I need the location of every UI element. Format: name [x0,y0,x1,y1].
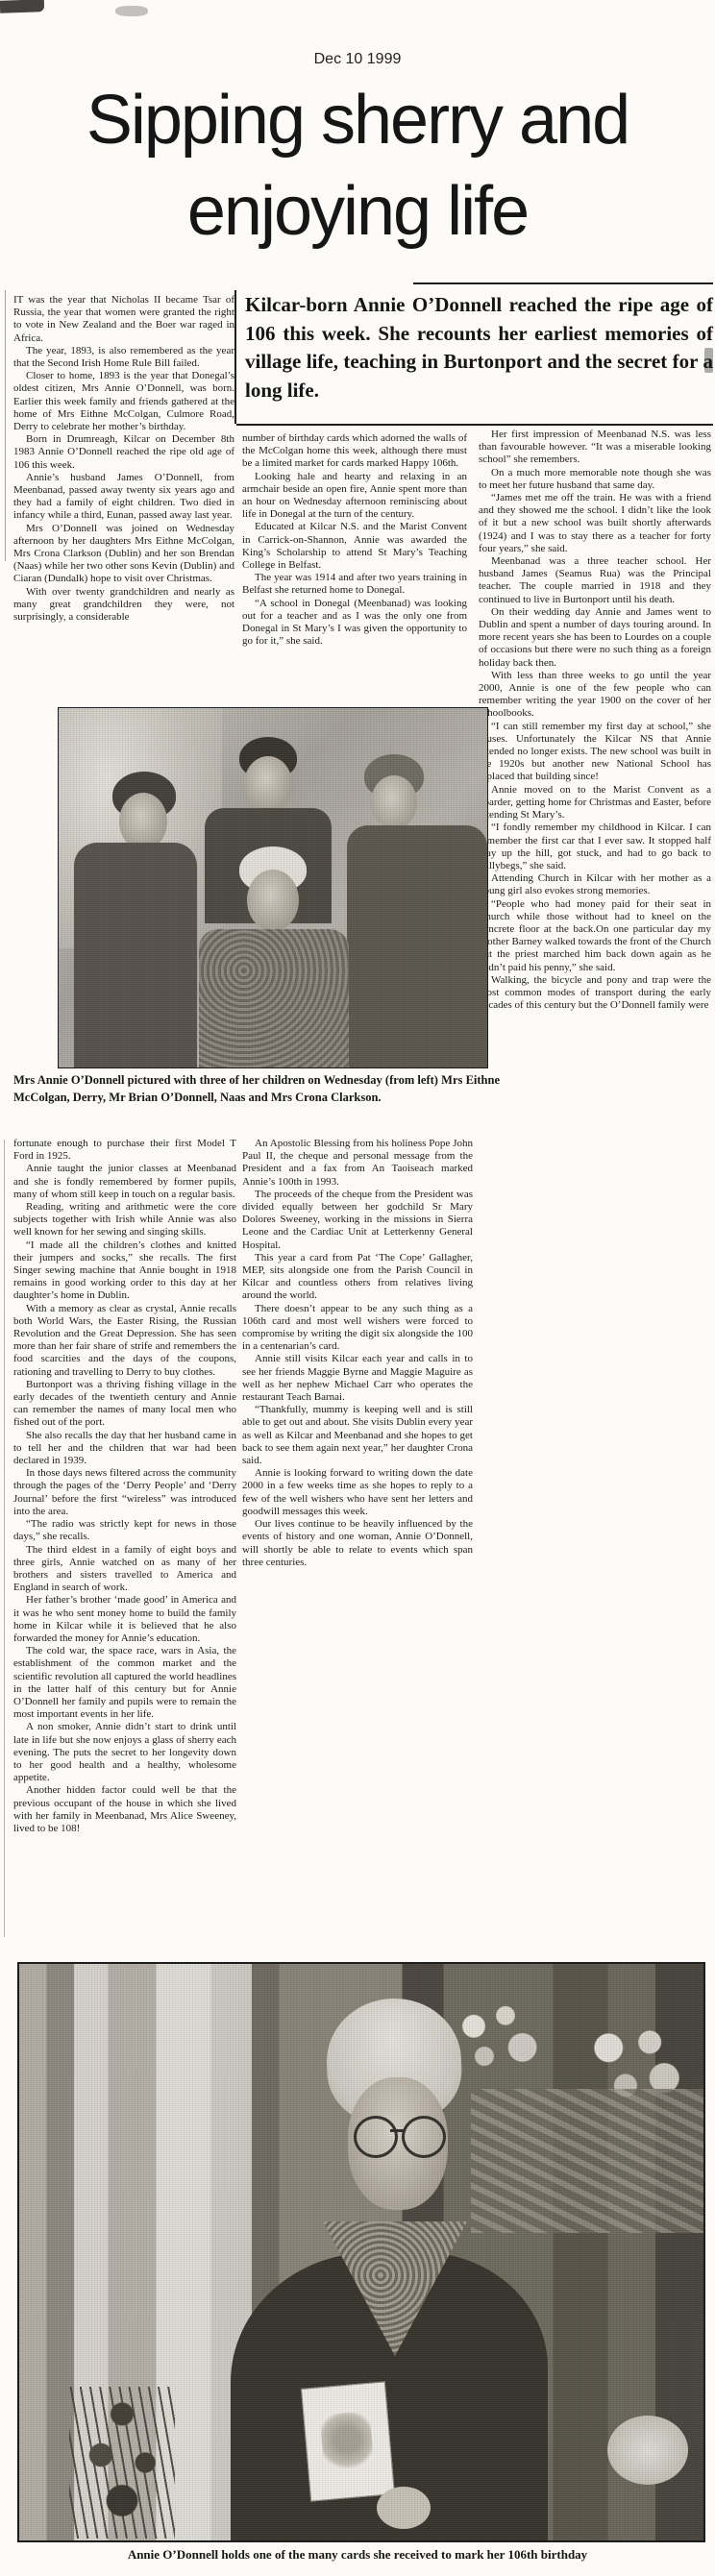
standfirst-bottom-rule [236,424,713,426]
photo-card-illustration [319,2411,374,2474]
article-paragraph: IT was the year that Nicholas II became … [13,294,234,345]
column-divider [234,290,236,424]
scan-smudge [0,0,44,13]
article-paragraph: Attending Church in Kilcar with her moth… [479,872,711,897]
photo-birthday-card [301,2381,395,2501]
article-paragraph: Annie moved on to the Marist Convent as … [479,784,711,822]
photo-figure-face [244,756,292,812]
standfirst: Kilcar-born Annie O’Donnell reached the … [245,291,713,405]
article-paragraph: Educated at Kilcar N.S. and the Marist C… [242,521,467,572]
right-column: Her first impression of Meenbanad N.S. w… [479,429,711,1012]
photo-greenhouse-roof [471,2089,703,2233]
article-paragraph: With over twenty grandchildren and nearl… [13,586,234,625]
article-paragraph: The proceeds of the cheque from the Pres… [242,1189,473,1252]
newspaper-page: Dec 10 1999 Sipping sherry and enjoying … [0,0,715,2576]
article-paragraph: Annie’s husband James O’Donnell, from Me… [13,472,234,523]
article-paragraph: The year was 1914 and after two years tr… [242,572,467,597]
article-paragraph: “I fondly remember my childhood in Kilca… [479,822,711,872]
intro-column: IT was the year that Nicholas II became … [13,294,234,624]
article-paragraph: “People who had money paid for their sea… [479,898,711,974]
article-paragraph: The year, 1893, is also remembered as th… [13,345,234,370]
photo-figure-body [74,843,197,1067]
article-paragraph: Mrs O’Donnell was joined on Wednesday af… [13,523,234,586]
photo-annie-face [247,870,299,931]
photo-figure-face [119,793,167,850]
article-paragraph: Closer to home, 1893 is the year that Do… [13,370,234,433]
article-paragraph: The third eldest in a family of eight bo… [13,1544,236,1595]
photo-figure-face [371,775,417,829]
article-paragraph: Meenbanad was a three teacher school. He… [479,555,711,606]
publication-date: Dec 10 1999 [0,50,715,69]
article-paragraph: This year a card from Pat ‘The Cope’ Gal… [242,1252,473,1303]
photo-glasses-lens [354,2116,398,2158]
birthday-card-photo-caption: Annie O’Donnell holds one of the many ca… [0,2547,715,2563]
article-paragraph: With less than three weeks to go until t… [479,670,711,721]
article-paragraph: “I made all the children’s clothes and k… [13,1239,236,1303]
article-paragraph: Walking, the bicycle and pony and trap w… [479,974,711,1013]
article-paragraph: A non smoker, Annie didn’t start to drin… [13,1721,236,1784]
family-photo-caption: Mrs Annie O’Donnell pictured with three … [13,1072,500,1106]
article-paragraph: “Thankfully, mummy is keeping well and i… [242,1404,473,1467]
left-column-bottom: fortunate enough to purchase their first… [13,1138,236,1835]
article-paragraph: Annie still visits Kilcar each year and … [242,1353,473,1404]
photo-figure-body [347,825,487,1067]
article-paragraph: On a much more memorable note though she… [479,467,711,492]
photo-glasses-bridge [390,2129,404,2132]
article-paragraph: Reading, writing and arithmetic were the… [13,1201,236,1239]
article-paragraph: Another hidden factor could well be that… [13,1784,236,1835]
photo-light-object [607,2416,688,2485]
article-paragraph: Our lives continue to be heavily influen… [242,1518,473,1569]
article-paragraph: Burtonport was a thriving fishing villag… [13,1379,236,1430]
article-paragraph: In those days news filtered across the c… [13,1467,236,1518]
article-paragraph: “The radio was strictly kept for news in… [13,1518,236,1543]
photo-glasses-lens [402,2116,446,2158]
middle-column-top: number of birthday cards which adorned t… [242,432,467,648]
article-paragraph: Her first impression of Meenbanad N.S. w… [479,429,711,467]
family-photo [58,707,488,1068]
article-paragraph: She also recalls the day that her husban… [13,1430,236,1468]
article-paragraph: “James met me off the train. He was with… [479,492,711,555]
article-paragraph: With a memory as clear as crystal, Annie… [13,1303,236,1379]
birthday-card-photo [17,1962,705,2542]
article-paragraph: “I can still remember my first day at sc… [479,721,711,784]
photo-annie-hand [377,2487,431,2529]
middle-column-bottom: An Apostolic Blessing from his holiness … [242,1138,473,1569]
standfirst-top-rule [413,282,713,284]
scan-line [5,290,6,561]
headline: Sipping sherry and enjoying life [0,75,715,258]
article-paragraph: Annie is looking forward to writing down… [242,1467,473,1518]
article-paragraph: Looking hale and hearty and relaxing in … [242,471,467,522]
article-paragraph: fortunate enough to purchase their first… [13,1138,236,1163]
article-paragraph: “A school in Donegal (Meenbanad) was loo… [242,598,467,649]
headline-line-1: Sipping sherry and [0,75,715,166]
article-paragraph: An Apostolic Blessing from his holiness … [242,1138,473,1189]
article-paragraph: There doesn’t appear to be any such thin… [242,1303,473,1354]
scan-line [4,1140,5,1937]
article-paragraph: On their wedding day Annie and James wen… [479,606,711,670]
article-paragraph: Her father’s brother ‘made good’ in Amer… [13,1594,236,1645]
article-paragraph: The cold war, the space race, wars in As… [13,1645,236,1721]
article-paragraph: Born in Drumreagh, Kilcar on December 8t… [13,433,234,472]
photo-annie-blouse [199,929,349,1067]
photo-plant-silhouette [69,2387,175,2539]
article-paragraph: Annie taught the junior classes at Meenb… [13,1163,236,1201]
article-paragraph: number of birthday cards which adorned t… [242,432,467,471]
headline-line-2: enjoying life [0,166,715,258]
scan-smudge [115,6,148,16]
